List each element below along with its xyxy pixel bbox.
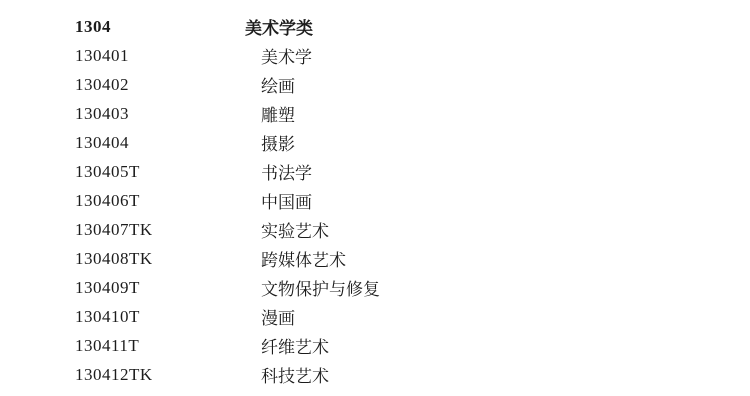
major-name: 绘画 [261,72,295,97]
table-row: 130412TK 科技艺术 [75,360,750,389]
major-code: 130401 [75,46,245,66]
major-name: 美术学类 [245,14,313,39]
major-code: 130408TK [75,249,245,269]
majors-table: 1304 美术学类 130401 美术学 130402 绘画 130403 雕塑… [75,12,750,389]
table-row: 130404 摄影 [75,128,750,157]
major-name: 漫画 [261,304,295,329]
major-name: 文物保护与修复 [261,275,380,300]
major-code: 130405T [75,162,245,182]
major-name: 摄影 [261,130,295,155]
major-code: 130412TK [75,365,245,385]
major-code: 130407TK [75,220,245,240]
table-row: 130408TK 跨媒体艺术 [75,244,750,273]
table-row: 130401 美术学 [75,41,750,70]
major-code: 1304 [75,17,245,37]
major-name: 跨媒体艺术 [261,246,346,271]
major-name: 书法学 [261,159,312,184]
major-code: 130406T [75,191,245,211]
major-code: 130402 [75,75,245,95]
major-code: 130411T [75,336,245,356]
major-name: 实验艺术 [261,217,329,242]
major-code: 130409T [75,278,245,298]
table-row: 1304 美术学类 [75,12,750,41]
major-code: 130404 [75,133,245,153]
major-name: 纤维艺术 [261,333,329,358]
table-row: 130405T 书法学 [75,157,750,186]
table-row: 130402 绘画 [75,70,750,99]
table-row: 130410T 漫画 [75,302,750,331]
major-code: 130403 [75,104,245,124]
major-name: 美术学 [261,43,312,68]
major-name: 雕塑 [261,101,295,126]
table-row: 130406T 中国画 [75,186,750,215]
table-row: 130411T 纤维艺术 [75,331,750,360]
major-name: 中国画 [261,188,312,213]
table-row: 130407TK 实验艺术 [75,215,750,244]
document-page: 1304 美术学类 130401 美术学 130402 绘画 130403 雕塑… [0,0,750,396]
table-row: 130409T 文物保护与修复 [75,273,750,302]
major-name: 科技艺术 [261,362,329,387]
table-row: 130403 雕塑 [75,99,750,128]
major-code: 130410T [75,307,245,327]
